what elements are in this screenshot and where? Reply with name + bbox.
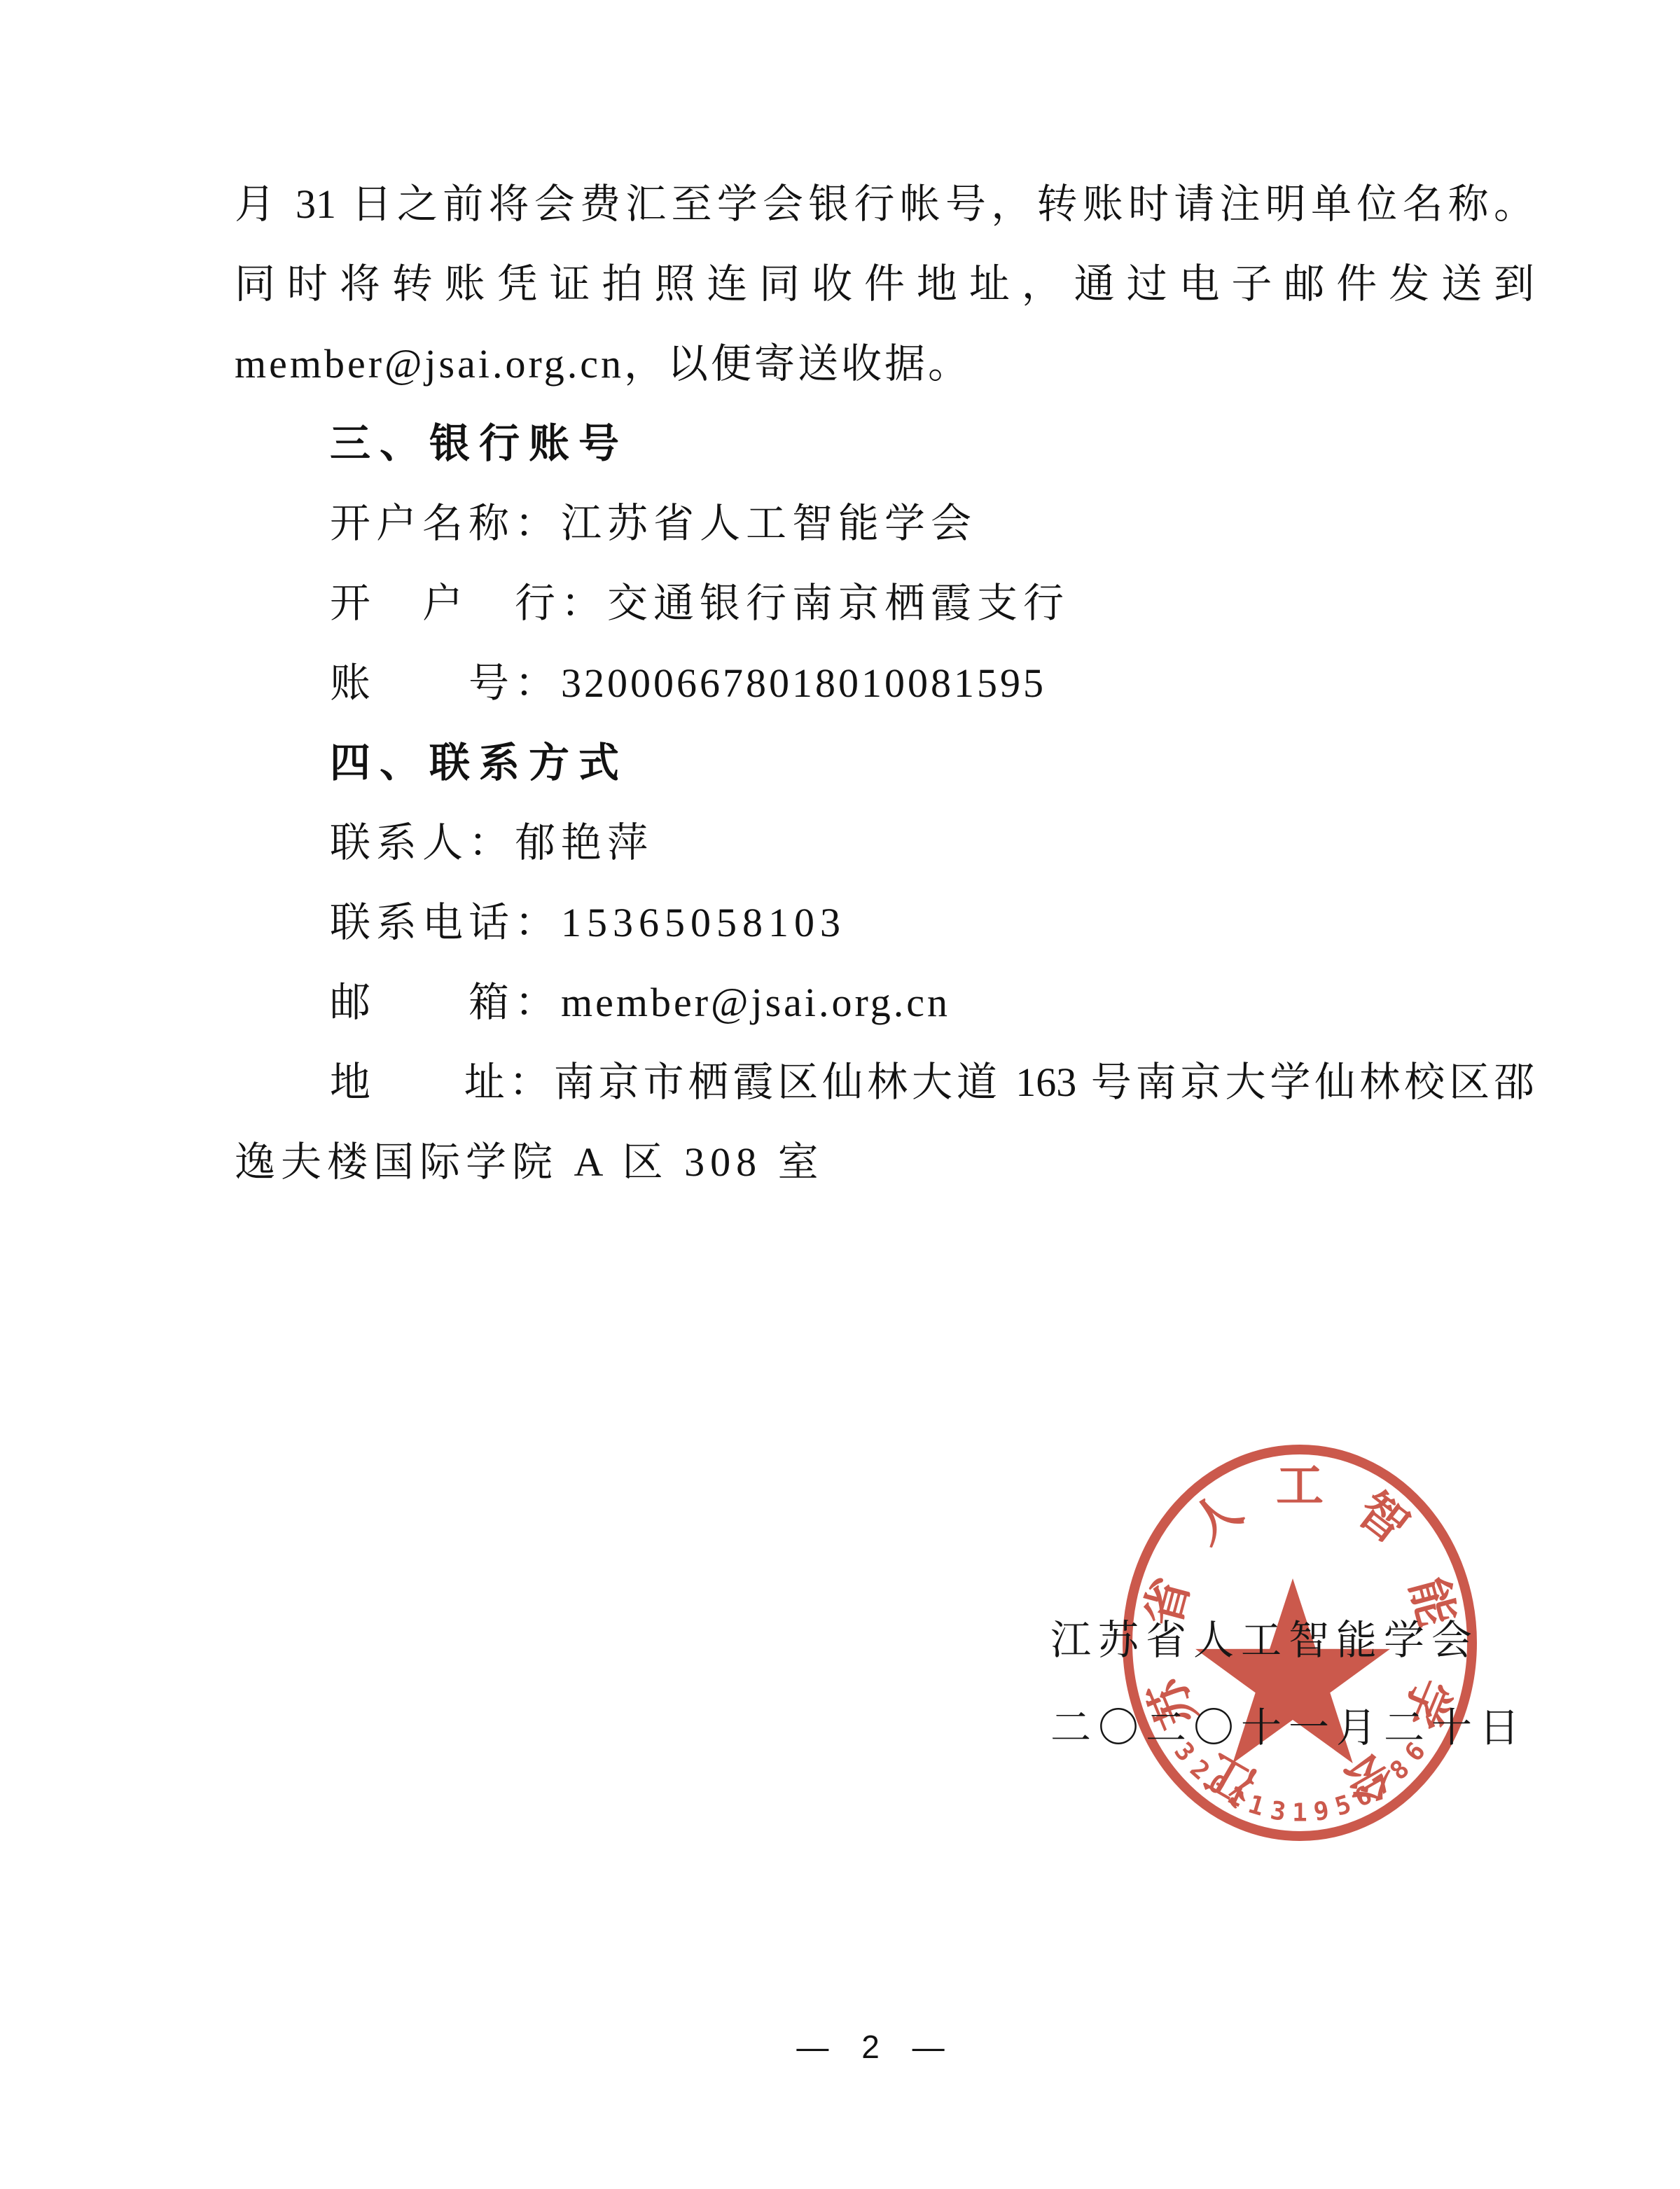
- account-name-value: 江苏省人工智能学会: [561, 501, 977, 546]
- contact-address-line-1: 地 址：南京市栖霞区仙林大道 163 号南京大学仙林校区邵: [330, 1057, 1534, 1108]
- contact-address-value-1: 南京市栖霞区仙林大道 163 号南京大学仙林校区邵: [554, 1059, 1534, 1105]
- paragraph-line-1: 月 31 日之前将会费汇至学会银行帐号，转账时请注明单位名称。: [235, 179, 1534, 230]
- paragraph-line-2: 同时将转账凭证拍照连同收件地址，通过电子邮件发送到: [235, 259, 1534, 310]
- contact-email-line: 邮 箱：member@jsai.org.cn: [330, 978, 950, 1028]
- signature-date: 二〇二〇十一月二十日: [1050, 1695, 1527, 1753]
- section-contact-heading: 四、联系方式: [330, 738, 628, 788]
- paragraph-line-3: member@jsai.org.cn，以便寄送收据。: [235, 339, 971, 389]
- seal-code-digit-7: 1: [1292, 1799, 1307, 1828]
- contact-phone-value: 15365058103: [561, 900, 846, 945]
- seal-code-digit-8: 9: [1312, 1796, 1331, 1827]
- bank-branch-label: 开 户 行：: [330, 581, 607, 626]
- contact-phone-label: 联系电话：: [330, 900, 561, 945]
- seal-code-digit-6: 3: [1268, 1796, 1287, 1827]
- contact-person-label: 联系人：: [330, 820, 515, 866]
- section-bank-heading: 三、银行账号: [330, 419, 628, 469]
- page-number: — 2 —: [753, 2028, 991, 2066]
- account-name-label: 开户名称：: [330, 501, 561, 546]
- seal-ring-char-5: 工: [1276, 1459, 1324, 1513]
- account-name-line: 开户名称：江苏省人工智能学会: [330, 499, 977, 549]
- account-number-label: 账 号：: [330, 660, 561, 706]
- contact-address-label: 地 址：: [330, 1059, 554, 1105]
- contact-person-value: 郁艳萍: [515, 820, 653, 866]
- contact-email-value: member@jsai.org.cn: [561, 980, 950, 1025]
- contact-phone-line: 联系电话：15365058103: [330, 898, 846, 948]
- account-number-value: 320006678018010081595: [561, 660, 1046, 706]
- signature-org: 江苏省人工智能学会: [1050, 1607, 1479, 1666]
- contact-person-line: 联系人：郁艳萍: [330, 818, 653, 868]
- contact-email-label: 邮 箱：: [330, 980, 561, 1025]
- bank-branch-line: 开 户 行：交通银行南京栖霞支行: [330, 578, 1069, 629]
- document-page: 月 31 日之前将会费汇至学会银行帐号，转账时请注明单位名称。 同时将转账凭证拍…: [0, 0, 1680, 2189]
- account-number-line: 账 号：320006678018010081595: [330, 658, 1046, 709]
- bank-branch-value: 交通银行南京栖霞支行: [607, 581, 1069, 626]
- contact-address-line-2: 逸夫楼国际学院 A 区 308 室: [235, 1137, 824, 1188]
